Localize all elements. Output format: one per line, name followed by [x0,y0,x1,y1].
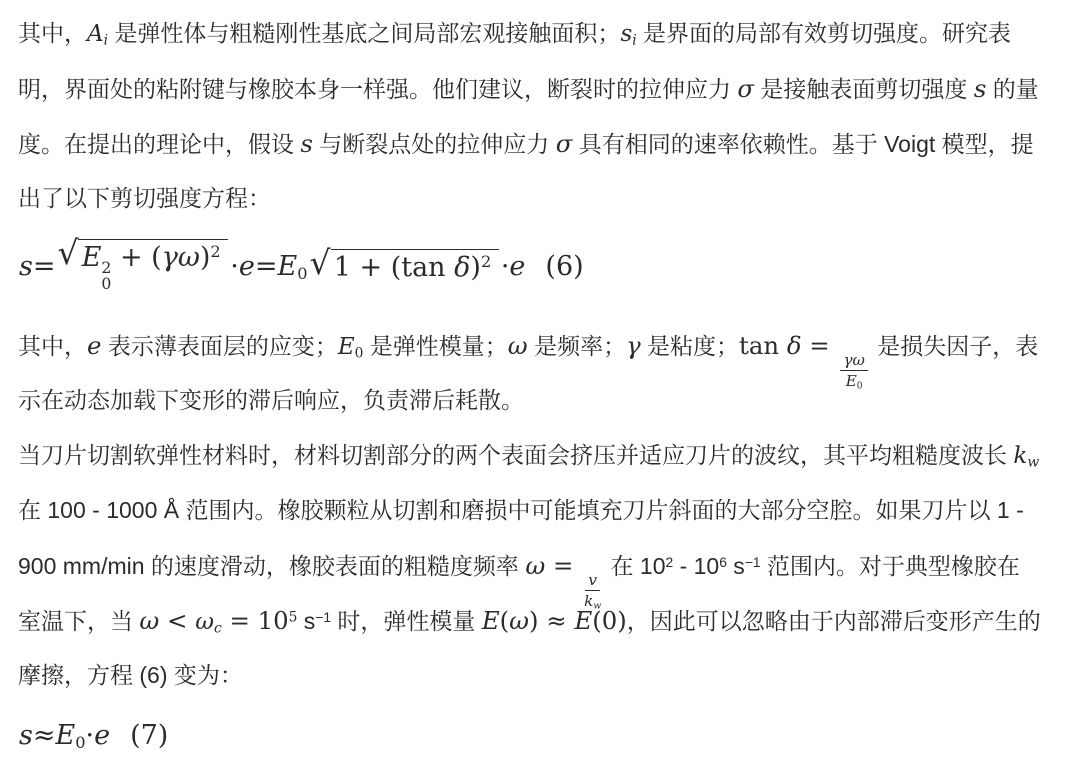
math-roman: ≈ [33,720,56,751]
math-var: s [974,74,987,103]
text-run: s [727,553,745,579]
math-subscripted-var: E0 [846,372,863,390]
document-page: 其中，Ai 是弹性体与粗糙刚性基底之间局部宏观接触面积；si 是界面的局部有效剪… [0,0,1080,759]
math-roman: tan [401,252,454,283]
equation-number: (7) [130,720,168,751]
math-var: s [620,21,632,47]
math-var: e [509,251,525,282]
math-superscript: 2 [210,242,220,261]
math-var: δ [454,252,470,283]
text-run: 摩擦，方程 (6) 变为： [18,662,243,688]
math-var: ω [525,551,545,580]
equation-7: s ≈ E0 · e(7) [19,709,1062,759]
math-var: E [55,720,75,751]
math-roman: = 10 [222,606,289,635]
math-var: s [300,129,313,158]
math-roman: ) [529,606,539,635]
math-var: σ [737,74,754,103]
math-roman: (0) [592,606,627,635]
math-subscript: 0 [857,381,863,391]
text-run: ，因此可以忽略由于内部滞后变形产生的 [627,608,1041,634]
fraction-numerator: γω [840,351,867,371]
math-var: σ [556,129,573,158]
math-var: E [338,334,355,360]
text-line: 当刀片切割软弹性材料时，材料切割部分的两个表面会挤压并适应刀片的波纹，其平均粗糙… [18,428,1062,483]
math-var: E [277,251,297,282]
text-run: 其中， [18,333,87,359]
math-roman: + ( [111,242,161,273]
text-run: 范围内。对于典型橡胶在 [761,553,1020,579]
text-line: 在 100 - 1000 Å 范围内。橡胶颗粒从切割和磨损中可能填充刀片斜面的大… [18,483,1062,538]
text-run: 其中， [18,20,87,46]
math-var: k [1013,443,1027,469]
text-run: 是频率； [528,333,626,359]
math-roman: 1 + ( [334,252,402,283]
fraction-numerator: v [585,571,600,591]
math-var: e [94,720,110,751]
text-line: 900 mm/min 的速度滑动，橡胶表面的粗糙度频率 ω = vkw 在 10… [18,538,1062,593]
math-var: e [239,251,255,282]
text-line: 室温下，当 ω < ωc = 105 s−1 时，弹性模量 E(ω) ≈ E(0… [18,593,1062,648]
math-roman: · [501,251,510,282]
math-var: s [19,251,33,282]
math-var: s [19,720,33,751]
radical-icon: √ [310,247,331,280]
math-var: γω [162,242,200,273]
math-subscripted-var: si [620,20,636,46]
math-var: E [482,606,500,635]
math-var: ω [195,609,214,635]
math-superscript: 2 [481,252,491,271]
math-sqrt: √1 + (tan δ)2 [310,249,499,283]
math-subscript: 0 [297,264,307,283]
math-subscript: w [1027,454,1039,470]
text-run: 时，弹性模量 [331,608,482,634]
math-var: ω [139,606,159,635]
math-roman: ) [470,252,481,283]
math-var-subsup: E20 [82,242,112,273]
math-subscripted-var: E0 [55,720,85,751]
math-roman: ) [200,242,211,273]
math-roman: < [159,606,195,635]
equation-6: s = √E20 + (γω)2 · e = E0√1 + (tan δ)2 ·… [19,240,1062,292]
paragraph-symbol-definitions: 其中，e 表示薄表面层的应变；E0 是弹性模量；ω 是频率；γ 是粘度；tan … [18,318,1062,428]
math-var: E [846,372,857,390]
math-var: v [588,571,597,589]
text-run: 是弹性体与粗糙刚性基底之间局部宏观接触面积； [108,20,620,46]
text-line: 其中，e 表示薄表面层的应变；E0 是弹性模量；ω 是频率；γ 是粘度；tan … [18,318,1062,373]
math-roman: tan [739,331,787,360]
math-var: ω [509,606,529,635]
math-var: e [87,331,101,360]
math-subscripted-var: kw [1013,442,1039,468]
text-line: 明，界面处的粘附键与橡胶本身一样强。他们建议，断裂时的拉伸应力 σ 是接触表面剪… [18,61,1062,116]
math-roman: = [545,551,581,580]
math-sqrt: √E20 + (γω)2 [57,239,228,292]
math-roman: = [802,331,838,360]
math-roman: · [230,251,239,282]
equation-number: (6) [545,251,583,282]
math-fraction: γωE0 [840,351,867,390]
math-var: γω [843,351,864,369]
math-var: E [574,606,592,635]
math-var: E [82,242,102,273]
text-line: 其中，Ai 是弹性体与粗糙刚性基底之间局部宏观接触面积；si 是界面的局部有效剪… [18,6,1062,61]
math-roman: ≈ [539,606,575,635]
math-roman: · [86,720,95,751]
math-subscripted-var: E0 [338,333,364,359]
math-subscripted-var: Ai [87,20,108,46]
text-run: 是损失因子，表 [871,333,1038,359]
paragraph-blade-cutting: 当刀片切割软弹性材料时，材料切割部分的两个表面会挤压并适应刀片的波纹，其平均粗糙… [18,428,1062,703]
math-subscript: 0 [75,733,85,752]
sqrt-content: 1 + (tan δ)2 [331,249,499,283]
text-run: 900 mm/min 的速度滑动，橡胶表面的粗糙度频率 [18,553,525,579]
radical-icon: √ [57,238,78,271]
text-run: 是粘度； [641,333,739,359]
superscript: 6 [719,555,727,570]
math-subscripted-var: ωc [195,608,222,634]
text-run: 出了以下剪切强度方程： [18,185,271,211]
text-run: 的量 [986,76,1038,102]
text-run: s [297,608,315,634]
text-run: 示在动态加载下变形的滞后响应，负责滞后耗散。 [18,387,524,413]
text-line: 度。在提出的理论中，假设 s 与断裂点处的拉伸应力 σ 具有相同的速率依赖性。基… [18,116,1062,171]
text-line: 示在动态加载下变形的滞后响应，负责滞后耗散。 [18,373,1062,428]
text-run: 与断裂点处的拉伸应力 [313,131,556,157]
math-subscript: 0 [101,276,111,292]
math-roman: = [255,251,278,282]
text-run: 在 10 [604,553,665,579]
text-run: 是接触表面剪切强度 [754,76,974,102]
text-run: 是界面的局部有效剪切强度。研究表 [637,20,1011,46]
paragraph-contact-area: 其中，Ai 是弹性体与粗糙刚性基底之间局部宏观接触面积；si 是界面的局部有效剪… [18,6,1062,226]
text-run: 是弹性模量； [363,333,507,359]
text-run: - 10 [673,553,719,579]
fraction-denominator: E0 [846,371,863,390]
text-run: 在 100 - 1000 Å 范围内。橡胶颗粒从切割和磨损中可能填充刀片斜面的大… [18,497,1024,523]
text-run: 当刀片切割软弹性材料时，材料切割部分的两个表面会挤压并适应刀片的波纹，其平均粗糙… [18,442,1013,468]
math-var: γ [626,331,641,360]
math-var: ω [508,331,528,360]
math-roman: ( [500,606,510,635]
text-line: 出了以下剪切强度方程： [18,171,1062,226]
sqrt-content: E20 + (γω)2 [78,239,228,292]
math-var: A [87,21,104,47]
math-roman: = [33,251,56,282]
text-run: 表示薄表面层的应变； [101,333,337,359]
text-line: 摩擦，方程 (6) 变为： [18,648,1062,703]
text-run: 明，界面处的粘附键与橡胶本身一样强。他们建议，断裂时的拉伸应力 [18,76,737,102]
superscript: −1 [745,555,761,570]
superscript: −1 [315,610,331,625]
math-subscripted-var: E0 [277,251,307,282]
text-run: 室温下，当 [18,608,139,634]
text-run: 具有相同的速率依赖性。基于 Voigt 模型，提 [572,131,1033,157]
math-var: δ [787,331,802,360]
text-run: 度。在提出的理论中，假设 [18,131,300,157]
math-subsup-stack: 20 [101,260,111,293]
math-subscript: c [214,620,222,636]
